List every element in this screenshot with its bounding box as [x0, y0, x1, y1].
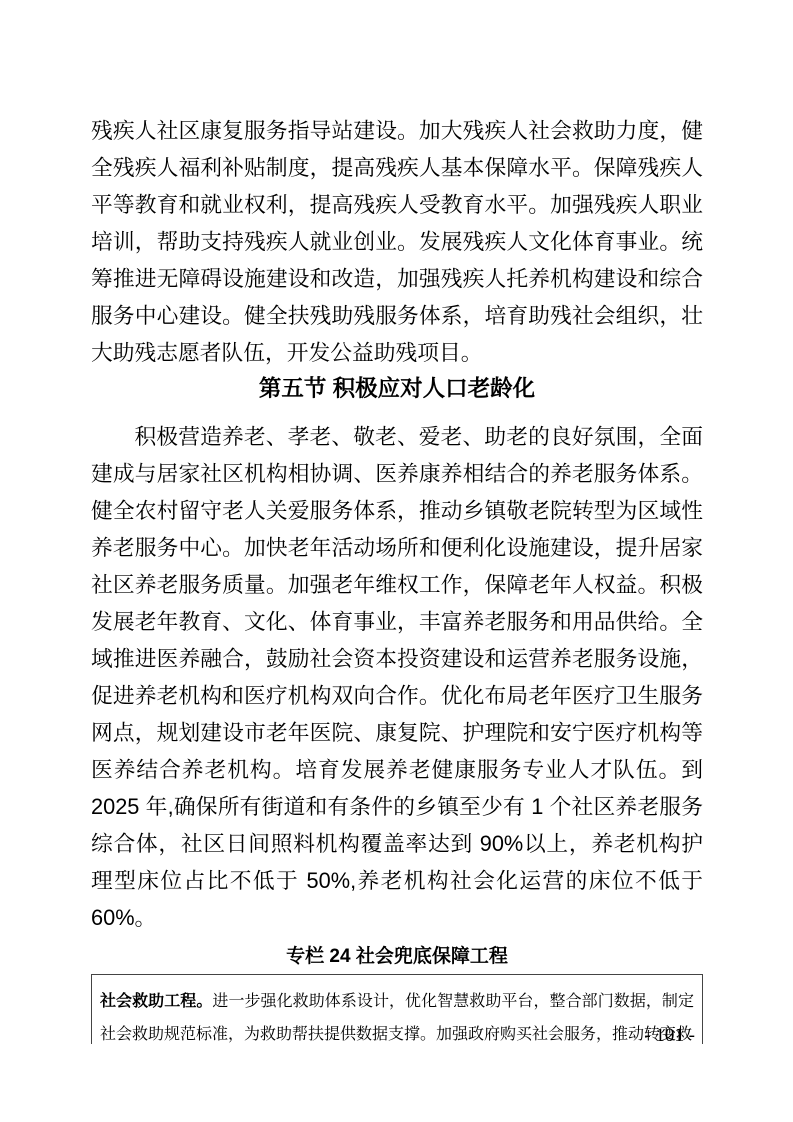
document-page: 残疾人社区康复服务指导站建设。加大残疾人社会救助力度，健全残疾人福利补贴制度，提…: [0, 0, 793, 1122]
paragraph-disabled-services: 残疾人社区康复服务指导站建设。加大残疾人社会救助力度，健全残疾人福利补贴制度，提…: [91, 112, 703, 371]
text-column: 残疾人社区康复服务指导站建设。加大残疾人社会救助力度，健全残疾人福利补贴制度，提…: [91, 112, 703, 1044]
section-heading: 第五节 积极应对人口老龄化: [91, 371, 703, 407]
callout-lead-bold: 社会救助工程。: [100, 993, 212, 1010]
callout-text: 社会救助工程。进一步强化救助体系设计，优化智慧救助平台，整合部门数据，制定社会救…: [100, 985, 694, 1044]
page-number: - 101 -: [644, 1025, 695, 1047]
callout-box: 社会救助工程。进一步强化救助体系设计，优化智慧救助平台，整合部门数据，制定社会救…: [91, 974, 703, 1044]
callout-title: 专栏 24 社会兜底保障工程: [91, 942, 703, 972]
paragraph-aging: 积极营造养老、孝老、敬老、爱老、助老的良好氛围，全面建成与居家社区机构相协调、医…: [91, 418, 703, 936]
